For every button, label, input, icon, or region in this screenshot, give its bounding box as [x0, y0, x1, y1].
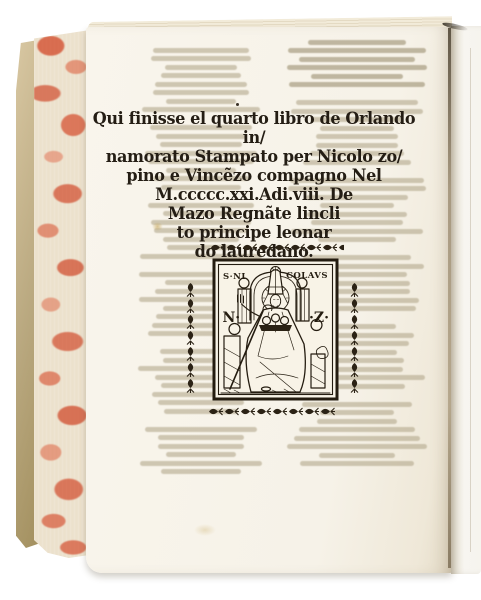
- fleuron-row-icon: [210, 241, 344, 254]
- marbling-texture: [34, 30, 90, 558]
- fleuron-column-icon: [183, 282, 198, 394]
- woodcut-label-right: COLAVS: [286, 271, 328, 281]
- stain-spot: [194, 524, 216, 536]
- woodcut-monogram-n: N·: [223, 310, 241, 326]
- fleuron-row-icon: [208, 405, 336, 418]
- st-nicholas-woodcut-icon: S·NI COLAVS N· ·Z·: [212, 258, 339, 401]
- colophon-line: Mazo Regnãte lincli: [92, 204, 415, 223]
- fleuron-ornament-top: [210, 241, 344, 254]
- colophon-line: to principe leonar: [92, 223, 415, 242]
- colophon-line: M.ccccc.xxi.Adi.viii. De: [92, 185, 415, 204]
- fleuron-column-icon: [347, 282, 362, 394]
- colophon-line: pino e Vincẽzo compagno Nel: [92, 166, 415, 185]
- marbled-fore-edge: [34, 30, 90, 558]
- fleuron-ornament-right: [347, 282, 362, 394]
- fleuron-ornament-left: [183, 282, 198, 394]
- ink-speck: [236, 103, 239, 106]
- woodcut-monogram-z: ·Z·: [309, 310, 329, 326]
- woodcut-label-left: S·NI: [223, 272, 246, 282]
- facing-page-edge: [451, 26, 481, 574]
- colophon-page: Qui finisse el quarto libro de Orlando i…: [86, 27, 452, 573]
- colophon-text: Qui finisse el quarto libro de Orlando i…: [92, 109, 415, 261]
- fleuron-ornament-bottom: [208, 405, 336, 418]
- colophon-line: namorato Stampato per Nicolo zo/: [92, 147, 415, 166]
- colophon-line: Qui finisse el quarto libro de Orlando i…: [92, 109, 415, 147]
- printer-device-woodcut: S·NI COLAVS N· ·Z·: [212, 258, 339, 401]
- book-photo: Qui finisse el quarto libro de Orlando i…: [0, 0, 481, 600]
